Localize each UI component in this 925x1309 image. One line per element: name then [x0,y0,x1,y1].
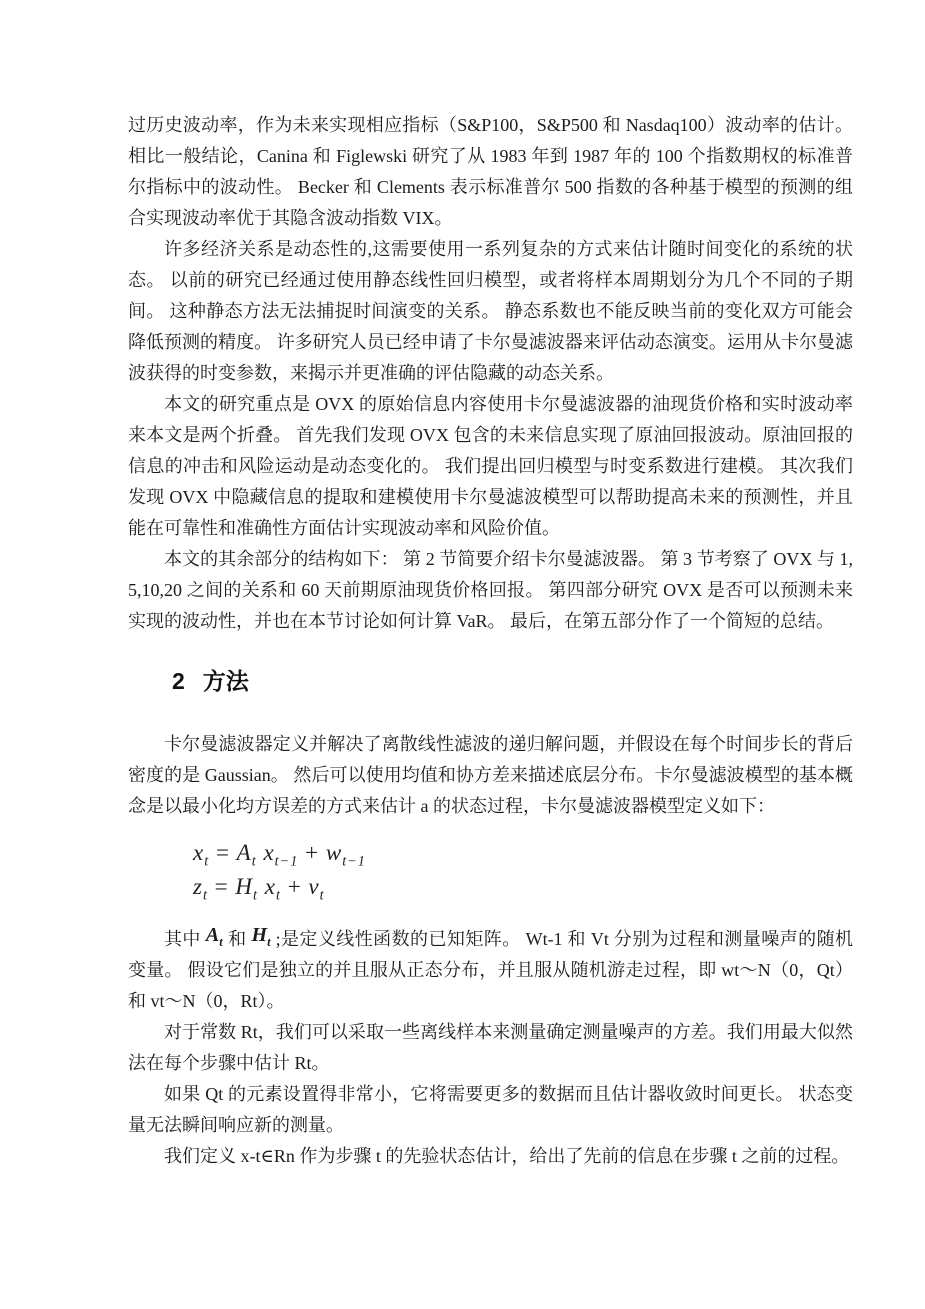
paragraph-constant-rt: 对于常数 Rt，我们可以采取一些离线样本来测量确定测量噪声的方差。我们用最大似然… [128,1017,853,1079]
section-heading: 2方法 [172,665,853,697]
paragraph-prior-state: 我们定义 x-t∈Rn 作为步骤 t 的先验状态估计，给出了先前的信息在步骤 t… [128,1141,853,1172]
paragraph-structure-overview: 本文的其余部分的结构如下： 第 2 节简要介绍卡尔曼滤波器。 第 3 节考察了 … [128,544,853,637]
paragraph-text-prefix: 其中 [164,929,201,949]
document-page: 过历史波动率，作为未来实现相应指标（S&P100，S&P500 和 Nasdaq… [0,0,925,1309]
equation-state-line: xt = At xt−1 + wt−1 [193,836,853,870]
inline-math-Ht: Ht [252,920,271,951]
paragraph-qt-elements: 如果 Qt 的元素设置得非常小，它将需要更多的数据而且估计器收敛时间更长。 状态… [128,1079,853,1141]
paragraph-volatility-intro: 过历史波动率，作为未来实现相应指标（S&P100，S&P500 和 Nasdaq… [128,110,853,234]
inline-math-At: At [206,920,223,951]
paragraph-research-focus: 本文的研究重点是 OVX 的原始信息内容使用卡尔曼滤波器的油现货价格和实时波动率… [128,389,853,544]
equation-block: xt = At xt−1 + wt−1 zt = Ht xt + vt [193,836,853,904]
paragraph-dynamic-relations: 许多经济关系是动态性的,这需要使用一系列复杂的方式来估计随时间变化的系统的状态。… [128,234,853,389]
paragraph-kalman-definition: 卡尔曼滤波器定义并解决了离散线性滤波的递归解问题，并假设在每个时间步长的背后密度… [128,729,853,822]
section-title: 方法 [203,668,249,694]
section-number: 2 [172,668,185,694]
equation-measurement-line: zt = Ht xt + vt [193,870,853,904]
paragraph-matrices: 其中At和Ht;是定义线性函数的已知矩阵。 Wt-1 和 Vt 分别为过程和测量… [128,924,853,1017]
paragraph-text-conj: 和 [228,929,247,949]
